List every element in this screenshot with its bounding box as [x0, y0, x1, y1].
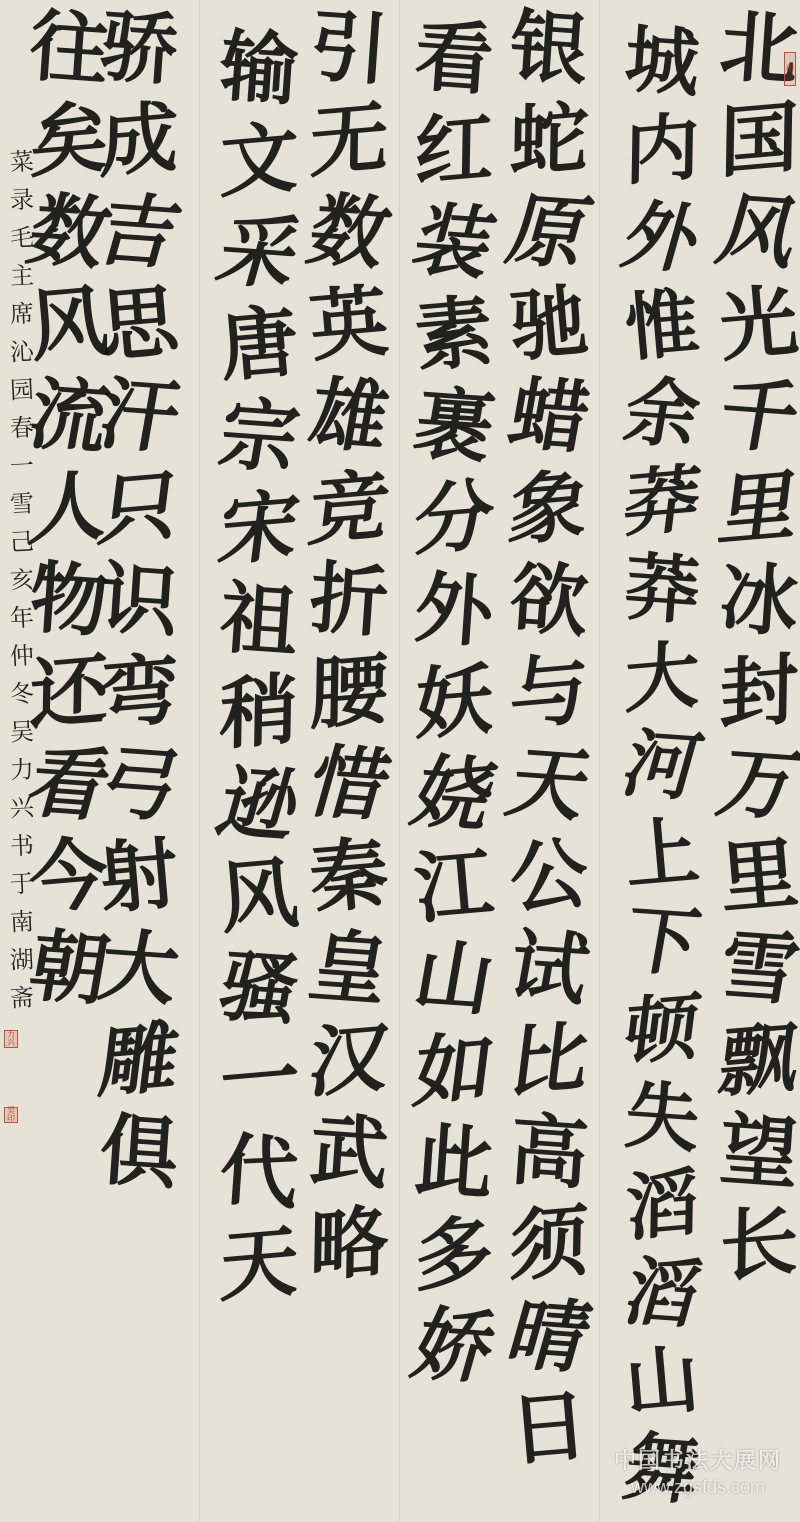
calligraphy-character: 雕 [95, 1019, 184, 1104]
calligraphy-character: 滔 [624, 1166, 700, 1246]
calligraphy-character: 此 [412, 1121, 495, 1204]
calligraphy-character: 试 [504, 927, 595, 1010]
calligraphy-character: 矣 [29, 99, 109, 184]
calligraphy-character: 风 [710, 191, 800, 274]
calligraphy-character: 内 [624, 110, 700, 190]
calligraphy-character: 天 [219, 1223, 299, 1308]
calligraphy-character: 河 [615, 727, 709, 806]
calligraphy-character: 余 [619, 375, 705, 454]
calligraphy-character: 朝 [24, 927, 115, 1010]
calligraphy-character: 略 [309, 1203, 389, 1288]
calligraphy-character: 莽 [623, 551, 702, 630]
calligraphy-character: 原 [500, 191, 599, 274]
calligraphy-character: 看 [412, 17, 495, 100]
calligraphy-character: 江 [412, 845, 497, 930]
panel-3: 引无数英雄竞折腰惜秦皇汉武略 输文采唐宗宋祖稍逊风骚一代天 [200, 0, 400, 1522]
calligraphy-character: 流 [24, 375, 115, 458]
calligraphy-character: 欲 [507, 559, 590, 642]
calligraphy-character: 雪 [714, 927, 800, 1010]
calligraphy-character: 飘 [715, 1019, 800, 1104]
calligraphy-character: 皇 [304, 927, 395, 1010]
seal-inscription-lower: 吴印 [4, 1107, 18, 1123]
calligraphy-character: 如 [410, 1029, 499, 1114]
calligraphy-character: 莽 [620, 462, 704, 542]
calligraphy-character: 外 [615, 199, 709, 278]
calligraphy-character: 驰 [507, 283, 592, 368]
calligraphy-character: 物 [27, 559, 110, 642]
calligraphy-character: 看 [20, 743, 119, 826]
calligraphy-character: 弯 [99, 651, 179, 736]
calligraphy-character: 娇 [405, 1305, 504, 1388]
calligraphy-character: 骚 [214, 947, 305, 1030]
panel-2: 银蛇原驰蜡象欲与天公试比高须晴日 看红装素裹分外妖娆江山如此多娇 [400, 0, 600, 1522]
panel-1: 北国风光千里冰封万里雪飘望长 城内外惟余莽莽大河上下顿失滔滔山舞 印 中国书法大… [600, 0, 800, 1522]
calligraphy-character: 装 [405, 201, 504, 284]
calligraphy-character: 山 [409, 937, 500, 1020]
calligraphy-character: 一 [215, 1039, 304, 1124]
calligraphy-character: 英 [307, 283, 392, 368]
calligraphy-character: 今 [27, 835, 112, 920]
text-column: 往矣数风流人物还看今朝 [30, 10, 108, 1022]
calligraphy-character: 逊 [210, 763, 309, 846]
calligraphy-character: 汉 [305, 1019, 394, 1104]
calligraphy-character: 外 [412, 569, 495, 652]
calligraphy-character: 公 [507, 835, 592, 920]
calligraphy-character: 数 [300, 191, 399, 274]
calligraphy-character: 上 [622, 814, 702, 894]
calligraphy-character: 高 [507, 1111, 590, 1194]
calligraphy-character: 娆 [405, 753, 504, 836]
calligraphy-character: 祖 [217, 579, 300, 662]
text-column: 银蛇原驰蜡象欲与天公试比高须晴日 [510, 10, 588, 1482]
calligraphy-character: 城 [623, 23, 702, 102]
calligraphy-character: 折 [307, 559, 390, 642]
calligraphy-character: 往 [27, 7, 110, 90]
calligraphy-character: 与 [509, 651, 589, 736]
calligraphy-character: 下 [619, 903, 705, 982]
calligraphy-character: 妖 [414, 661, 494, 746]
text-column: 城内外惟余莽莽大河上下顿失滔滔山舞 [625, 25, 699, 1521]
calligraphy-character: 比 [505, 1019, 594, 1104]
calligraphy-character: 大 [624, 638, 700, 718]
calligraphy-character: 分 [410, 477, 499, 562]
calligraphy-character: 冰 [717, 559, 800, 642]
calligraphy-character: 山 [622, 1342, 702, 1422]
calligraphy-character: 引 [307, 7, 390, 90]
calligraphy-character: 俱 [97, 1111, 180, 1194]
calligraphy-character: 输 [217, 27, 300, 110]
calligraphy-character: 天 [500, 743, 599, 826]
calligraphy-character: 竞 [305, 467, 394, 552]
calligraphy-character: 裹 [409, 385, 500, 468]
calligraphy-character: 万 [710, 743, 800, 826]
calligraphy-character: 蛇 [509, 99, 589, 184]
calligraphy-character: 腰 [309, 651, 389, 736]
calligraphy-character: 长 [719, 1203, 799, 1288]
calligraphy-character: 还 [29, 651, 109, 736]
watermark-title: 中国书法大展网 [614, 1444, 782, 1475]
calligraphy-character: 代 [217, 1131, 300, 1214]
calligraphy-artwork: 菜录毛主席沁园春一雪己亥年仲冬吴力兴书于南湖斋 骄成吉思汗只识弯弓射大雕俱 往矣… [0, 0, 800, 1522]
calligraphy-character: 蜡 [504, 375, 595, 458]
calligraphy-character: 望 [717, 1111, 800, 1194]
calligraphy-character: 惟 [622, 286, 702, 366]
calligraphy-character: 光 [717, 283, 800, 368]
calligraphy-character: 宗 [214, 395, 305, 478]
calligraphy-character: 封 [719, 651, 799, 736]
calligraphy-character: 里 [715, 467, 800, 552]
calligraphy-character: 采 [210, 211, 309, 294]
calligraphy-character: 武 [307, 1111, 390, 1194]
seal-inscription-upper: 力兴 [4, 1030, 18, 1048]
calligraphy-character: 千 [714, 375, 800, 458]
calligraphy-character: 雄 [304, 375, 395, 458]
watermark: 中国书法大展网 www.zgsfds.com [614, 1444, 782, 1498]
text-column: 引无数英雄竞折腰惜秦皇汉武略 [310, 10, 388, 1298]
calligraphy-character: 数 [20, 191, 119, 274]
calligraphy-character: 人 [25, 467, 114, 552]
calligraphy-character: 国 [719, 99, 799, 184]
calligraphy-character: 日 [507, 1387, 592, 1472]
text-column: 看红装素裹分外妖娆江山如此多娇 [415, 20, 493, 1400]
calligraphy-character: 多 [414, 1213, 494, 1298]
calligraphy-character: 唐 [217, 303, 302, 388]
calligraphy-character: 顿 [620, 990, 704, 1070]
calligraphy-character: 风 [217, 855, 302, 940]
seal-top-right: 印 [784, 52, 796, 86]
calligraphy-character: 风 [27, 283, 112, 368]
text-column: 北国风光千里冰封万里雪飘望长 [720, 10, 798, 1298]
calligraphy-character: 红 [414, 109, 494, 194]
calligraphy-character: 象 [505, 467, 594, 552]
calligraphy-character: 银 [507, 7, 590, 90]
calligraphy-character: 宋 [215, 487, 304, 572]
watermark-url: www.zgsfds.com [614, 1477, 782, 1498]
calligraphy-character: 滔 [615, 1255, 709, 1334]
calligraphy-character: 素 [412, 293, 497, 378]
calligraphy-character: 须 [509, 1203, 589, 1288]
calligraphy-character: 成 [99, 99, 179, 184]
calligraphy-character: 稍 [219, 671, 299, 756]
calligraphy-character: 惜 [300, 743, 399, 826]
calligraphy-character: 失 [623, 1079, 702, 1158]
panel-4: 菜录毛主席沁园春一雪己亥年仲冬吴力兴书于南湖斋 骄成吉思汗只识弯弓射大雕俱 往矣… [0, 0, 200, 1522]
calligraphy-character: 无 [309, 99, 389, 184]
text-column: 输文采唐宗宋祖稍逊风骚一代天 [220, 30, 298, 1318]
calligraphy-character: 晴 [500, 1295, 599, 1378]
calligraphy-character: 秦 [307, 835, 392, 920]
calligraphy-character: 里 [717, 835, 800, 920]
calligraphy-character: 文 [219, 119, 299, 204]
